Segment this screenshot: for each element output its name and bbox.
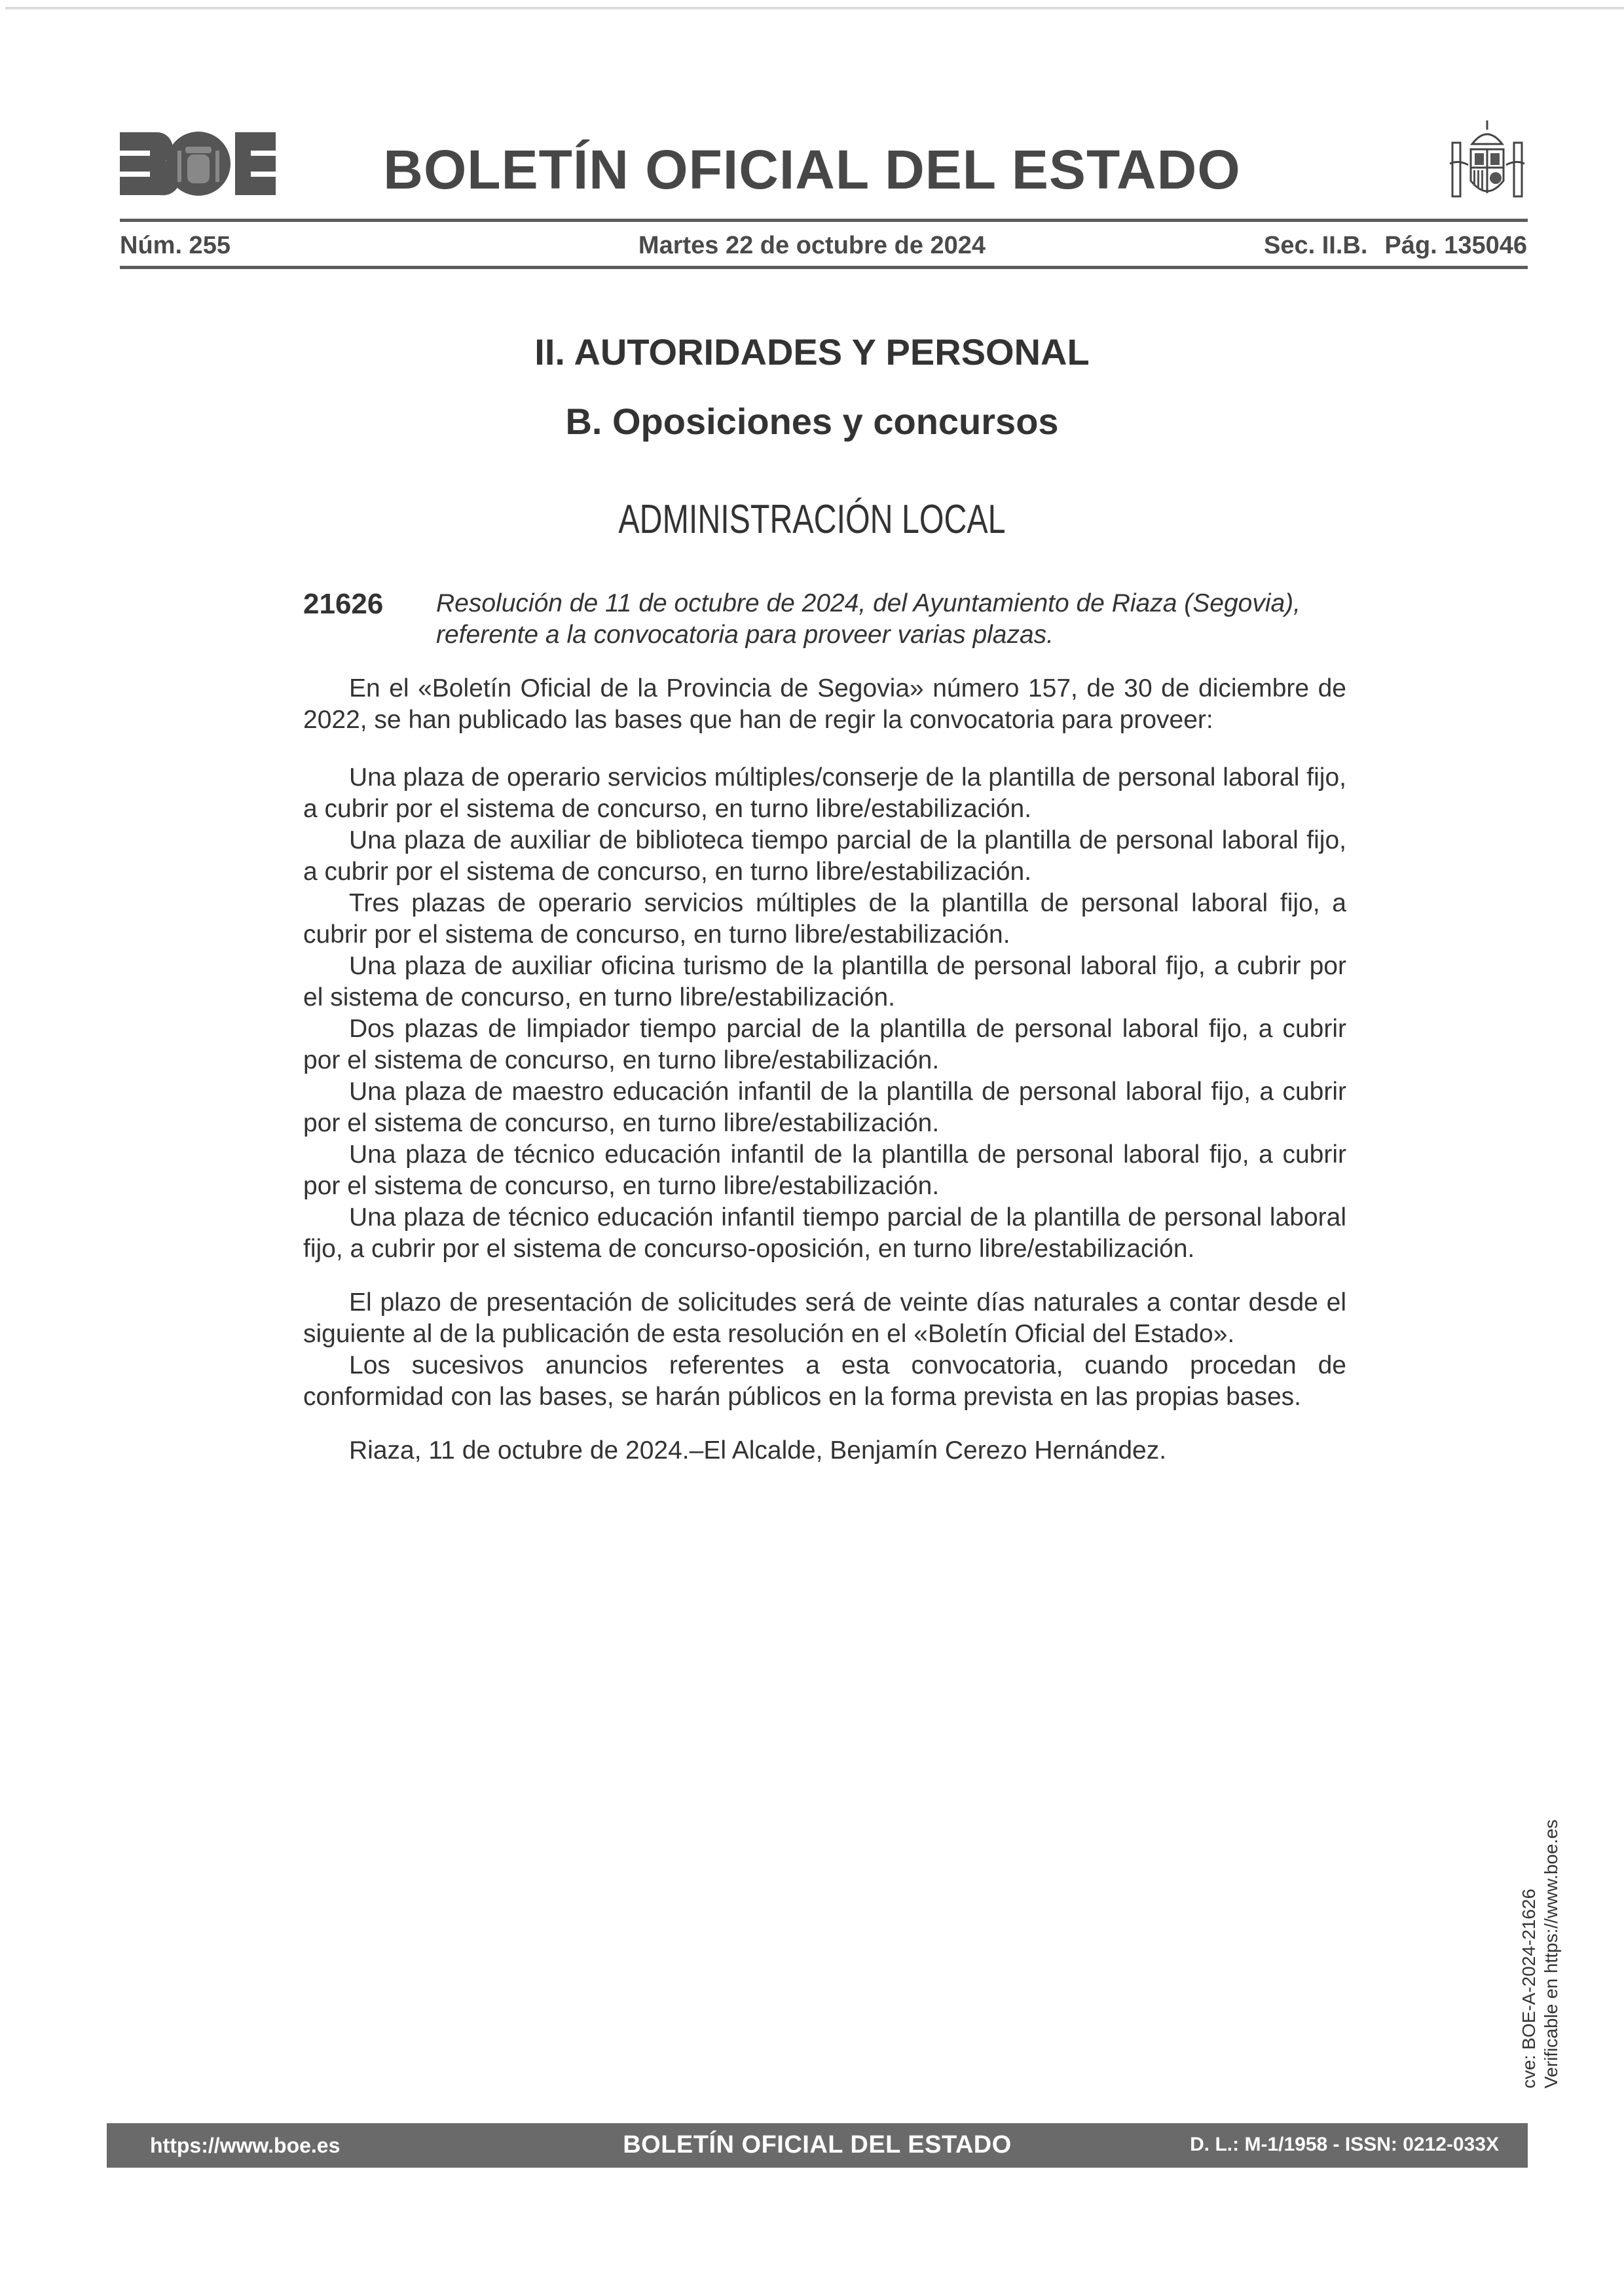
resolution-title: Resolución de 11 de octubre de 2024, del… (436, 588, 1346, 651)
footer-bar: https://www.boe.es BOLETÍN OFICIAL DEL E… (107, 2123, 1528, 2168)
scan-edge (5, 7, 1624, 10)
signature-block: Riaza, 11 de octubre de 2024.–El Alcalde… (303, 1435, 1346, 1467)
subsection-heading: B. Oposiciones y concursos (0, 401, 1624, 443)
intro-paragraph-block: En el «Boletín Oficial de la Provincia d… (303, 673, 1346, 736)
section-label: Sec. II.B. (1264, 232, 1367, 259)
signature-line: Riaza, 11 de octubre de 2024.–El Alcalde… (303, 1435, 1346, 1467)
announcements-paragraph: Los sucesivos anuncios referentes a esta… (303, 1350, 1346, 1413)
plazas-list: Una plaza de operario servicios múltiple… (303, 762, 1346, 1265)
header-rule-bottom (120, 266, 1528, 269)
plaza-item: Una plaza de técnico educación infantil … (303, 1139, 1346, 1202)
spanish-coat-of-arms-icon (1446, 118, 1528, 206)
closing-paragraphs: El plazo de presentación de solicitudes … (303, 1287, 1346, 1413)
footer-legal: D. L.: M-1/1958 - ISSN: 0212-033X (1190, 2134, 1499, 2156)
cve-code: cve: BOE-A-2024-21626 (1518, 1819, 1540, 2088)
verification-link[interactable]: Verificable en https://www.boe.es (1540, 1819, 1562, 2088)
section-and-page: Sec. II.B.Pág. 135046 (1264, 230, 1527, 261)
verification-code: cve: BOE-A-2024-21626 Verificable en htt… (1518, 1819, 1562, 2088)
plaza-item: Una plaza de técnico educación infantil … (303, 1202, 1346, 1265)
administration-heading: ADMINISTRACIÓN LOCAL (179, 496, 1445, 543)
resolution-number: 21626 (303, 588, 383, 621)
plaza-item: Una plaza de auxiliar oficina turismo de… (303, 951, 1346, 1013)
deadline-paragraph: El plazo de presentación de solicitudes … (303, 1287, 1346, 1350)
header-rule-top (120, 219, 1528, 222)
masthead-title: BOLETÍN OFICIAL DEL ESTADO (0, 140, 1624, 199)
plaza-item: Tres plazas de operario servicios múltip… (303, 888, 1346, 951)
page-number: Pág. 135046 (1384, 232, 1527, 259)
plaza-item: Una plaza de maestro educación infantil … (303, 1076, 1346, 1139)
intro-paragraph: En el «Boletín Oficial de la Provincia d… (303, 673, 1346, 736)
plaza-item: Una plaza de operario servicios múltiple… (303, 762, 1346, 825)
section-heading: II. AUTORIDADES Y PERSONAL (0, 331, 1624, 373)
plaza-item: Una plaza de auxiliar de biblioteca tiem… (303, 825, 1346, 888)
plaza-item: Dos plazas de limpiador tiempo parcial d… (303, 1013, 1346, 1076)
